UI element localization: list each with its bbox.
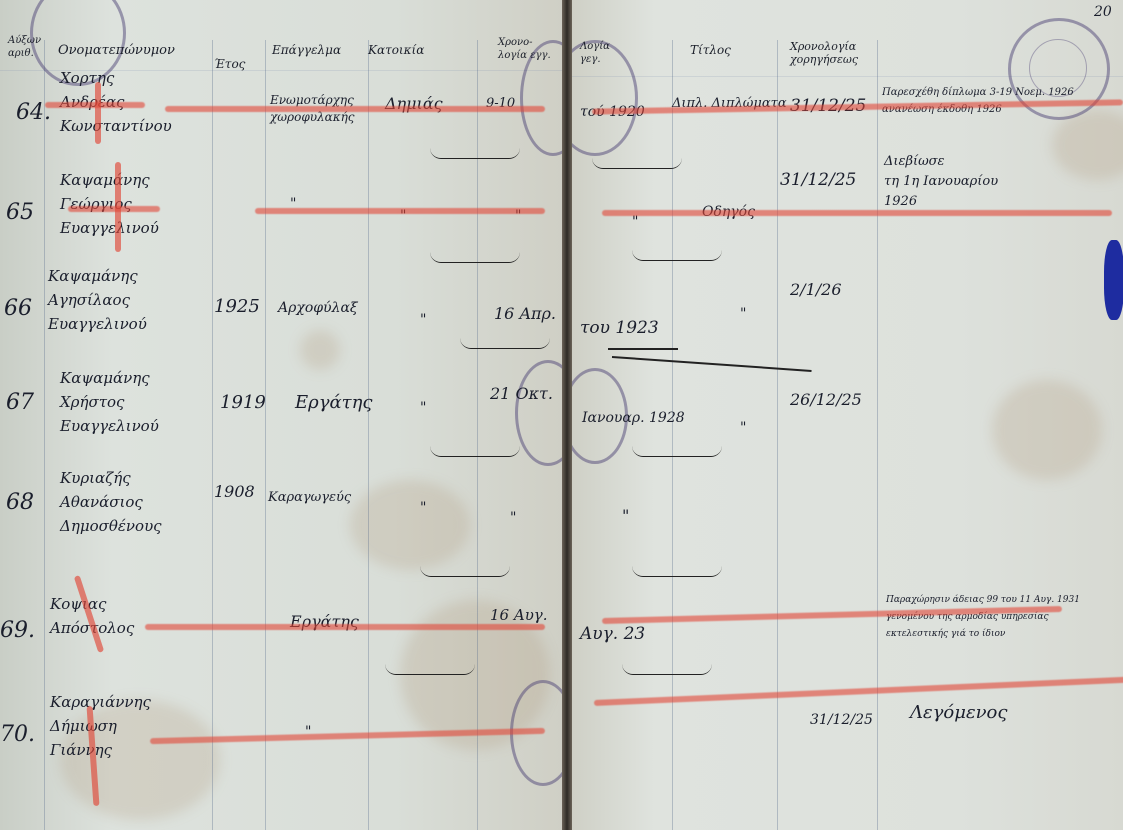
- strike-line: [594, 676, 1123, 706]
- entry-profession: Αρχοφύλαξ: [278, 300, 358, 316]
- strike-line: [165, 106, 545, 112]
- entry-residence: ": [420, 500, 426, 516]
- stain: [1052, 110, 1123, 180]
- rubber-stamp: [515, 360, 562, 466]
- strike-line: [145, 624, 545, 630]
- entry-number: 69.: [0, 618, 35, 643]
- entry-residence: ": [420, 400, 426, 416]
- entry-grant-date: 2/1/26: [790, 280, 842, 299]
- strike-line: [602, 210, 1112, 216]
- entry-date: ": [510, 510, 516, 526]
- column-rule: [368, 40, 369, 830]
- entry-profession: Καραγωγεύς: [268, 490, 351, 505]
- entry-remarks: Παραχώρησιν άδειας 99 του 11 Αυγ. 1931 γ…: [886, 592, 1080, 643]
- entry-grant-date: 31/12/25: [810, 712, 873, 728]
- stain: [992, 380, 1102, 480]
- underline: [608, 348, 678, 350]
- column-rule: [212, 40, 213, 830]
- entry-name: Καψαμάνης Χρήστος Ευαγγελινού: [60, 366, 159, 438]
- book-gutter: [562, 0, 572, 830]
- strike-cross: [115, 162, 121, 252]
- entry-date: 16 Αυγ.: [490, 606, 548, 624]
- entry-number: 66: [4, 296, 32, 321]
- entry-number: 70.: [0, 722, 35, 747]
- strike-line: [255, 208, 545, 214]
- header-serial: Αύξων αριθ.: [8, 34, 41, 60]
- entry-grant-date: 26/12/25: [790, 390, 862, 409]
- ditto-mark: [622, 664, 712, 675]
- header-name: Ονοματεπώνυμον: [58, 44, 175, 57]
- header-col-1: Λογία γεγ.: [580, 40, 610, 66]
- entry-remarks: Διεβίωσε τη 1η Ιανουαρίου 1926: [884, 152, 998, 212]
- ditto-mark: [385, 664, 475, 675]
- entry-col-1: του 1923: [580, 318, 659, 338]
- ink-blot: [1104, 240, 1123, 320]
- ditto-mark: [632, 446, 722, 457]
- entry-number: 68: [6, 490, 34, 515]
- entry-year: 1919: [220, 392, 266, 413]
- right-page: 20 Λογία γεγ. Τίτλος Χρονολογία χορηγήσε…: [572, 0, 1123, 830]
- ditto-mark: [420, 566, 510, 577]
- entry-date: 16 Απρ.: [494, 304, 556, 323]
- ditto-mark: [632, 566, 722, 577]
- entry-col-1: Αυγ. 23: [580, 624, 645, 644]
- entry-profession: Εργάτης: [295, 392, 372, 413]
- entry-name: Καψαμάνης Αγησίλαος Ευαγγελινού: [48, 264, 147, 336]
- strike-line: [68, 206, 160, 212]
- entry-residence: ": [420, 312, 426, 328]
- left-page: Αύξων αριθ. Ονοματεπώνυμον Έτος Επάγγελμ…: [0, 0, 562, 830]
- column-rule: [877, 40, 878, 830]
- header-grant-date: Χρονολογία χορηγήσεως: [790, 40, 858, 66]
- column-rule: [265, 40, 266, 830]
- entry-remarks: Λεγόμενος: [910, 702, 1007, 723]
- ditto-mark: [430, 252, 520, 263]
- ditto-mark: [460, 338, 550, 349]
- header-title: Τίτλος: [690, 44, 731, 57]
- entry-title: ": [740, 306, 746, 322]
- entry-col-1: ": [622, 506, 629, 525]
- connector-line: [612, 356, 812, 372]
- header-residence: Κατοικία: [368, 44, 424, 57]
- entry-date: 21 Οκτ.: [490, 384, 553, 403]
- ditto-mark: [430, 446, 520, 457]
- entry-grant-date: 31/12/25: [780, 170, 856, 190]
- entry-title: ": [740, 420, 746, 436]
- ditto-mark: [592, 158, 682, 169]
- entry-year: 1908: [214, 482, 255, 501]
- entry-col-1: Ιανουαρ. 1928: [582, 410, 685, 426]
- entry-year: 1925: [214, 296, 260, 317]
- header-profession: Επάγγελμα: [272, 44, 341, 57]
- entry-number: 65: [6, 200, 34, 225]
- header-year: Έτος: [214, 58, 245, 71]
- entry-name: Καραγιάννης Δήμιωση Γιάννης: [50, 690, 151, 762]
- entry-name: Κυριαζής Αθανάσιος Δημοσθένους: [60, 466, 162, 538]
- stain: [300, 330, 340, 370]
- column-rule: [777, 40, 778, 830]
- strike-cross: [95, 82, 101, 144]
- ditto-mark: [430, 148, 520, 159]
- ditto-mark: [632, 250, 722, 261]
- column-rule: [44, 40, 45, 830]
- entry-number: 67: [6, 390, 34, 415]
- header-date: Χρονο- λογία εγγ.: [498, 36, 551, 62]
- entry-col-1: ": [632, 214, 638, 230]
- page-number: 20: [1094, 4, 1112, 20]
- entry-name: Καψαμάνης Γεώργιος Ευαγγελινού: [60, 168, 159, 240]
